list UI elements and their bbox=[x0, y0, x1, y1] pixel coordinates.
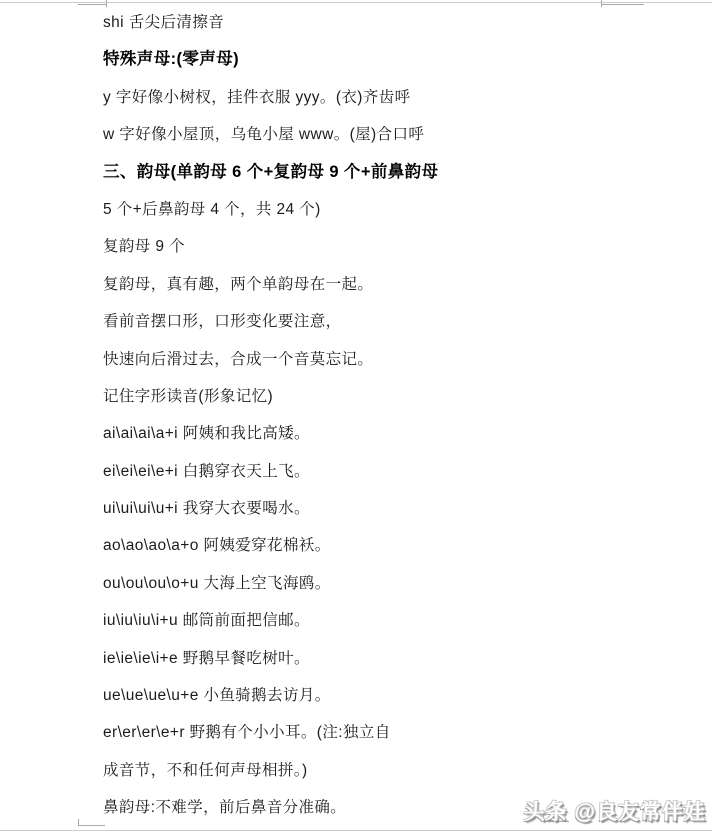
text-line: ao\ao\ao\a+o 阿姨爱穿花棉袄。 bbox=[103, 527, 663, 564]
text-line: 成音节，不和任何声母相拼。) bbox=[103, 752, 663, 789]
text-line: 三、韵母(单韵母 6 个+复韵母 9 个+前鼻韵母 bbox=[103, 154, 663, 191]
text-line: ie\ie\ie\i+e 野鹅早餐吃树叶。 bbox=[103, 640, 663, 677]
text-line: 特殊声母:(零声母) bbox=[103, 41, 663, 78]
document-body: shi 舌尖后清擦音特殊声母:(零声母)y 字好像小树杈，挂件衣服 yyy。(衣… bbox=[103, 4, 663, 827]
page-bottom-boundary-line bbox=[0, 830, 712, 831]
text-line: y 字好像小树杈，挂件衣服 yyy。(衣)齐齿呼 bbox=[103, 79, 663, 116]
text-line: 记住字形读音(形象记忆) bbox=[103, 378, 663, 415]
text-line: ei\ei\ei\e+i 白鹅穿衣天上飞。 bbox=[103, 453, 663, 490]
toutiao-watermark: 头条 @良友常伴娃 bbox=[524, 796, 706, 826]
text-line: iu\iu\iu\i+u 邮筒前面把信邮。 bbox=[103, 602, 663, 639]
text-line: 5 个+后鼻韵母 4 个，共 24 个) bbox=[103, 191, 663, 228]
text-line: 复韵母 9 个 bbox=[103, 228, 663, 265]
text-line: shi 舌尖后清擦音 bbox=[103, 4, 663, 41]
text-line: 复韵母，真有趣，两个单韵母在一起。 bbox=[103, 266, 663, 303]
text-line: ue\ue\ue\u+e 小鱼骑鹅去访月。 bbox=[103, 677, 663, 714]
text-line: ai\ai\ai\a+i 阿姨和我比高矮。 bbox=[103, 415, 663, 452]
text-line: ui\ui\ui\u+i 我穿大衣要喝水。 bbox=[103, 490, 663, 527]
document-page: shi 舌尖后清擦音特殊声母:(零声母)y 字好像小树杈，挂件衣服 yyy。(衣… bbox=[0, 0, 712, 835]
margin-mark-bottom-left-horizontal bbox=[78, 825, 105, 826]
text-line: er\er\er\e+r 野鹅有个小小耳。(注:独立自 bbox=[103, 714, 663, 751]
text-line: w 字好像小屋顶，乌龟小屋 www。(屋)合口呼 bbox=[103, 116, 663, 153]
text-line: ou\ou\ou\o+u 大海上空飞海鸥。 bbox=[103, 565, 663, 602]
text-line: 快速向后滑过去，合成一个音莫忘记。 bbox=[103, 341, 663, 378]
text-line: 看前音摆口形，口形变化要注意， bbox=[103, 303, 663, 340]
